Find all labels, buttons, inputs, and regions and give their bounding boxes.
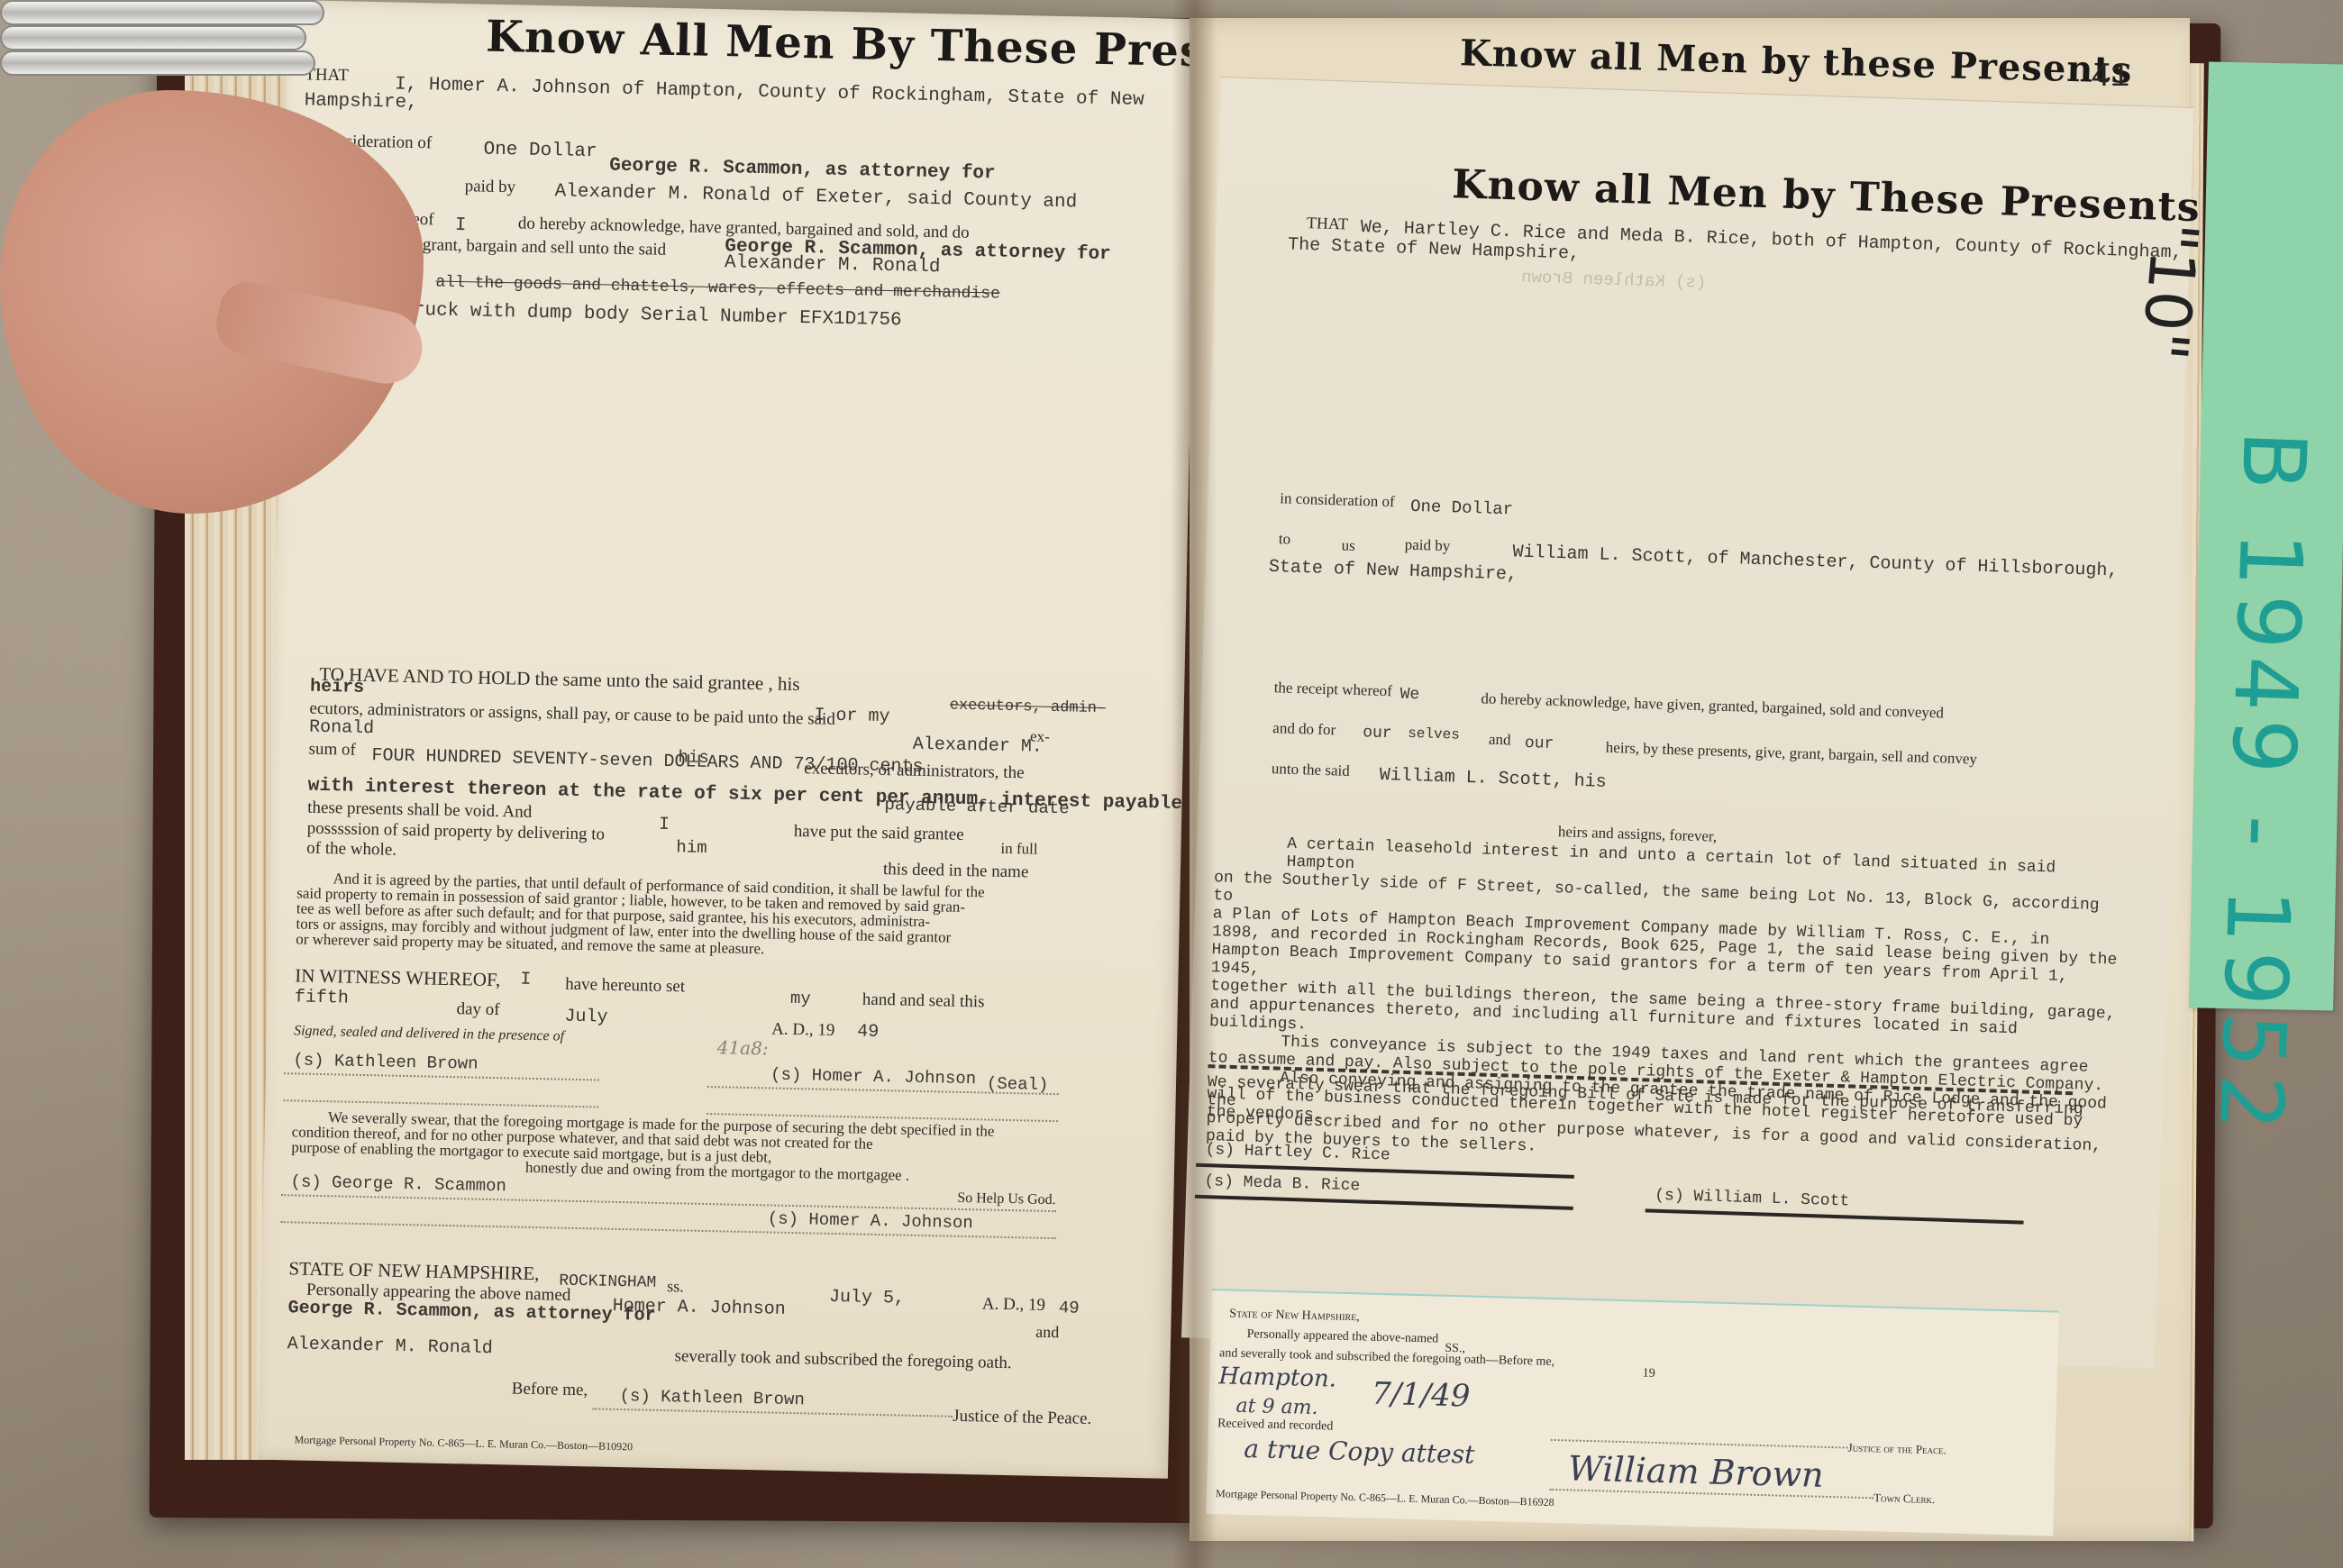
witness-year: 49 [857, 1021, 879, 1042]
habendum-line-2: ecutors, administrators or assigns, shal… [309, 699, 835, 730]
our-2: our [1525, 734, 1554, 753]
witness-signature: (s) Kathleen Brown [293, 1050, 479, 1073]
book-header-title: Know all Men by these Presents [1460, 32, 2134, 92]
town-clerk-signature: William Brown [1567, 1448, 1824, 1494]
ack-and: and [1035, 1323, 1059, 1343]
habendum-ronald: Ronald [309, 717, 374, 740]
him: him [676, 837, 707, 858]
right-receipt-label: the receipt whereof [1273, 679, 1392, 700]
habendum-alexander: Alexander M. [913, 734, 1043, 758]
handwritten-place: Hampton. [1218, 1363, 1336, 1392]
struck-goods-text: all the goods and chattels, wares, effec… [435, 273, 1000, 303]
ack-ss: ss. [667, 1277, 684, 1296]
right-ack-appeared: Personally appeared the above-named [1246, 1327, 1438, 1347]
ack-year-prefix: A. D., 19 [982, 1294, 1046, 1315]
consideration-value: One Dollar [483, 140, 597, 163]
in-full: in full [1000, 840, 1038, 859]
right-and: and [1489, 731, 1511, 750]
true-copy-attest: a true Copy attest [1244, 1434, 1475, 1470]
sum-value: FOUR HUNDRED SEVENTY-seven DOLLARS AND 7… [371, 745, 923, 778]
right-consideration-label: in consideration of [1280, 489, 1395, 511]
ack-justice-signature: (s) Kathleen Brown [619, 1386, 805, 1409]
right-to-label: to [1279, 530, 1291, 548]
witness-my: my [790, 989, 811, 1008]
unto-said: unto the said [1272, 760, 1350, 780]
oath-sig-scammon: (s) George R. Scammon [290, 1171, 506, 1196]
habendum-line-1: TO HAVE AND TO HOLD the same unto the sa… [319, 663, 800, 696]
right-receipt-subject: We [1399, 686, 1419, 705]
our-1: our [1363, 724, 1392, 743]
ack-justice-line [592, 1408, 953, 1417]
right-consideration-value: One Dollar [1410, 497, 1514, 520]
witness-sig-line [284, 1072, 599, 1080]
page-number: 41 [2091, 59, 2129, 96]
bracelet-3 [0, 50, 315, 76]
so-help-us-god: So Help Us God. [957, 1190, 1056, 1208]
hand-seal: hand and seal this [862, 990, 985, 1013]
bill-of-sale-title: Know all Men by These Presents [1452, 161, 2202, 231]
justice-line [1551, 1439, 1848, 1449]
sig-line-scott [1646, 1208, 2024, 1224]
grantor-line-1: I, Homer A. Johnson of Hampton, County o… [395, 74, 1144, 110]
blank-sig-line-1 [283, 1099, 598, 1108]
habendum-heirs: heirs [310, 677, 364, 698]
ack-date: July 5, [829, 1287, 905, 1309]
ack-justice-title: Justice of the Peace. [953, 1407, 1091, 1429]
right-grantee: William L. Scott, his [1379, 765, 1607, 793]
heirs-text: heirs, by these presents, give, grant, b… [1606, 739, 1978, 769]
handwritten-time: at 9 am. [1235, 1395, 1318, 1419]
do-for-label: and do for [1272, 719, 1336, 739]
right-receipt-text: do hereby acknowledge, have given, grant… [1481, 689, 1944, 722]
right-ack-year: 19 [1642, 1367, 1655, 1381]
witness-month: July [564, 1007, 607, 1028]
ack-name-3: Alexander M. Ronald [287, 1334, 493, 1359]
bill-of-sale-form[interactable]: Know all Men by These Presents THAT We, … [1181, 77, 2193, 1368]
put-grantee: have put the said grantee [794, 822, 964, 845]
left-form-footer: Mortgage Personal Property No. C-865—L. … [294, 1433, 633, 1454]
right-payer-line-2: State of New Hampshire, [1269, 557, 1518, 586]
grantor-line-2: Hampshire, [304, 90, 417, 114]
right-form-footer: Mortgage Personal Property No. C-865—L. … [1216, 1487, 1554, 1509]
payer-line-1: George R. Scammon, as attorney for [609, 156, 996, 185]
deed-in-name: this deed in the name [883, 860, 1029, 882]
tab-note-ten: "10" [2127, 219, 2212, 363]
of-the-whole: of the whole. [306, 839, 397, 861]
paid-by-label: paid by [464, 177, 515, 197]
ack-took-oath: severally took and subscribed the forego… [674, 1346, 1011, 1373]
bracelet-2 [0, 25, 306, 50]
town-clerk-title: Town Clerk. [1873, 1491, 1936, 1507]
oath-sig-line-1 [281, 1194, 1056, 1212]
void-subject: I [659, 815, 670, 835]
bracelet-1 [0, 0, 324, 25]
right-us-label: us [1341, 536, 1355, 554]
ack-county: ROCKINGHAM [559, 1272, 656, 1292]
sum-of-label: sum of [308, 740, 356, 761]
sig-line-meda [1195, 1195, 1573, 1210]
habendum-i-or-my: I or my [814, 705, 889, 727]
ack-name-2: George R. Scammon, as attorney for [287, 1298, 655, 1326]
witness-year-prefix: A. D., 19 [771, 1019, 835, 1040]
right-that-label: THAT [1307, 214, 1349, 233]
signed-sealed-text: Signed, sealed and delivered in the pres… [294, 1023, 564, 1044]
acknowledgment-section[interactable]: State of New Hampshire, Personally appea… [1206, 1289, 2058, 1536]
book-gutter [1171, 0, 1217, 1568]
right-payer-line-1: William L. Scott, of Manchester, County … [1512, 542, 2119, 581]
sig-william-scott: (s) William L. Scott [1655, 1187, 1850, 1211]
selves: selves [1408, 725, 1460, 743]
sig-meda-rice: (s) Meda B. Rice [1204, 1172, 1360, 1195]
right-justice-title: Justice of the Peace. [1847, 1441, 1946, 1458]
received-recorded: Received and recorded [1217, 1417, 1334, 1434]
payable-after: payable after date [884, 795, 1070, 818]
witness-subject: I [520, 970, 531, 990]
agreement-paragraph: And it is agreed by the parties, that un… [296, 870, 1081, 962]
pencil-note: 41a8: [717, 1036, 769, 1059]
right-paid-by-label: paid by [1404, 536, 1450, 556]
bleed-through-text: (s) Kathleen Brown [1521, 268, 1707, 293]
oath-sig-johnson: (s) Homer A. Johnson [768, 1208, 973, 1233]
right-ack-state: State of New Hampshire, [1229, 1308, 1360, 1326]
ack-year: 49 [1059, 1298, 1080, 1317]
hereunto-set: have hereunto set [565, 975, 685, 998]
witness-day: fifth [295, 987, 349, 1008]
ack-before-me: Before me, [512, 1380, 588, 1401]
handwritten-date: 7/1/49 [1371, 1376, 1470, 1415]
receipt-subject: I [455, 215, 467, 236]
grantor-signature: (s) Homer A. Johnson [770, 1064, 976, 1089]
day-of-label: day of [456, 999, 499, 1020]
heirs-assigns: heirs and assigns, forever, [1558, 823, 1718, 846]
payer-line-2: Alexander M. Ronald of Exeter, said Coun… [554, 181, 1077, 213]
grantee-line-2: Alexander M. Ronald [725, 252, 941, 278]
habendum-executors-admin: executors, admin- [950, 697, 1107, 718]
